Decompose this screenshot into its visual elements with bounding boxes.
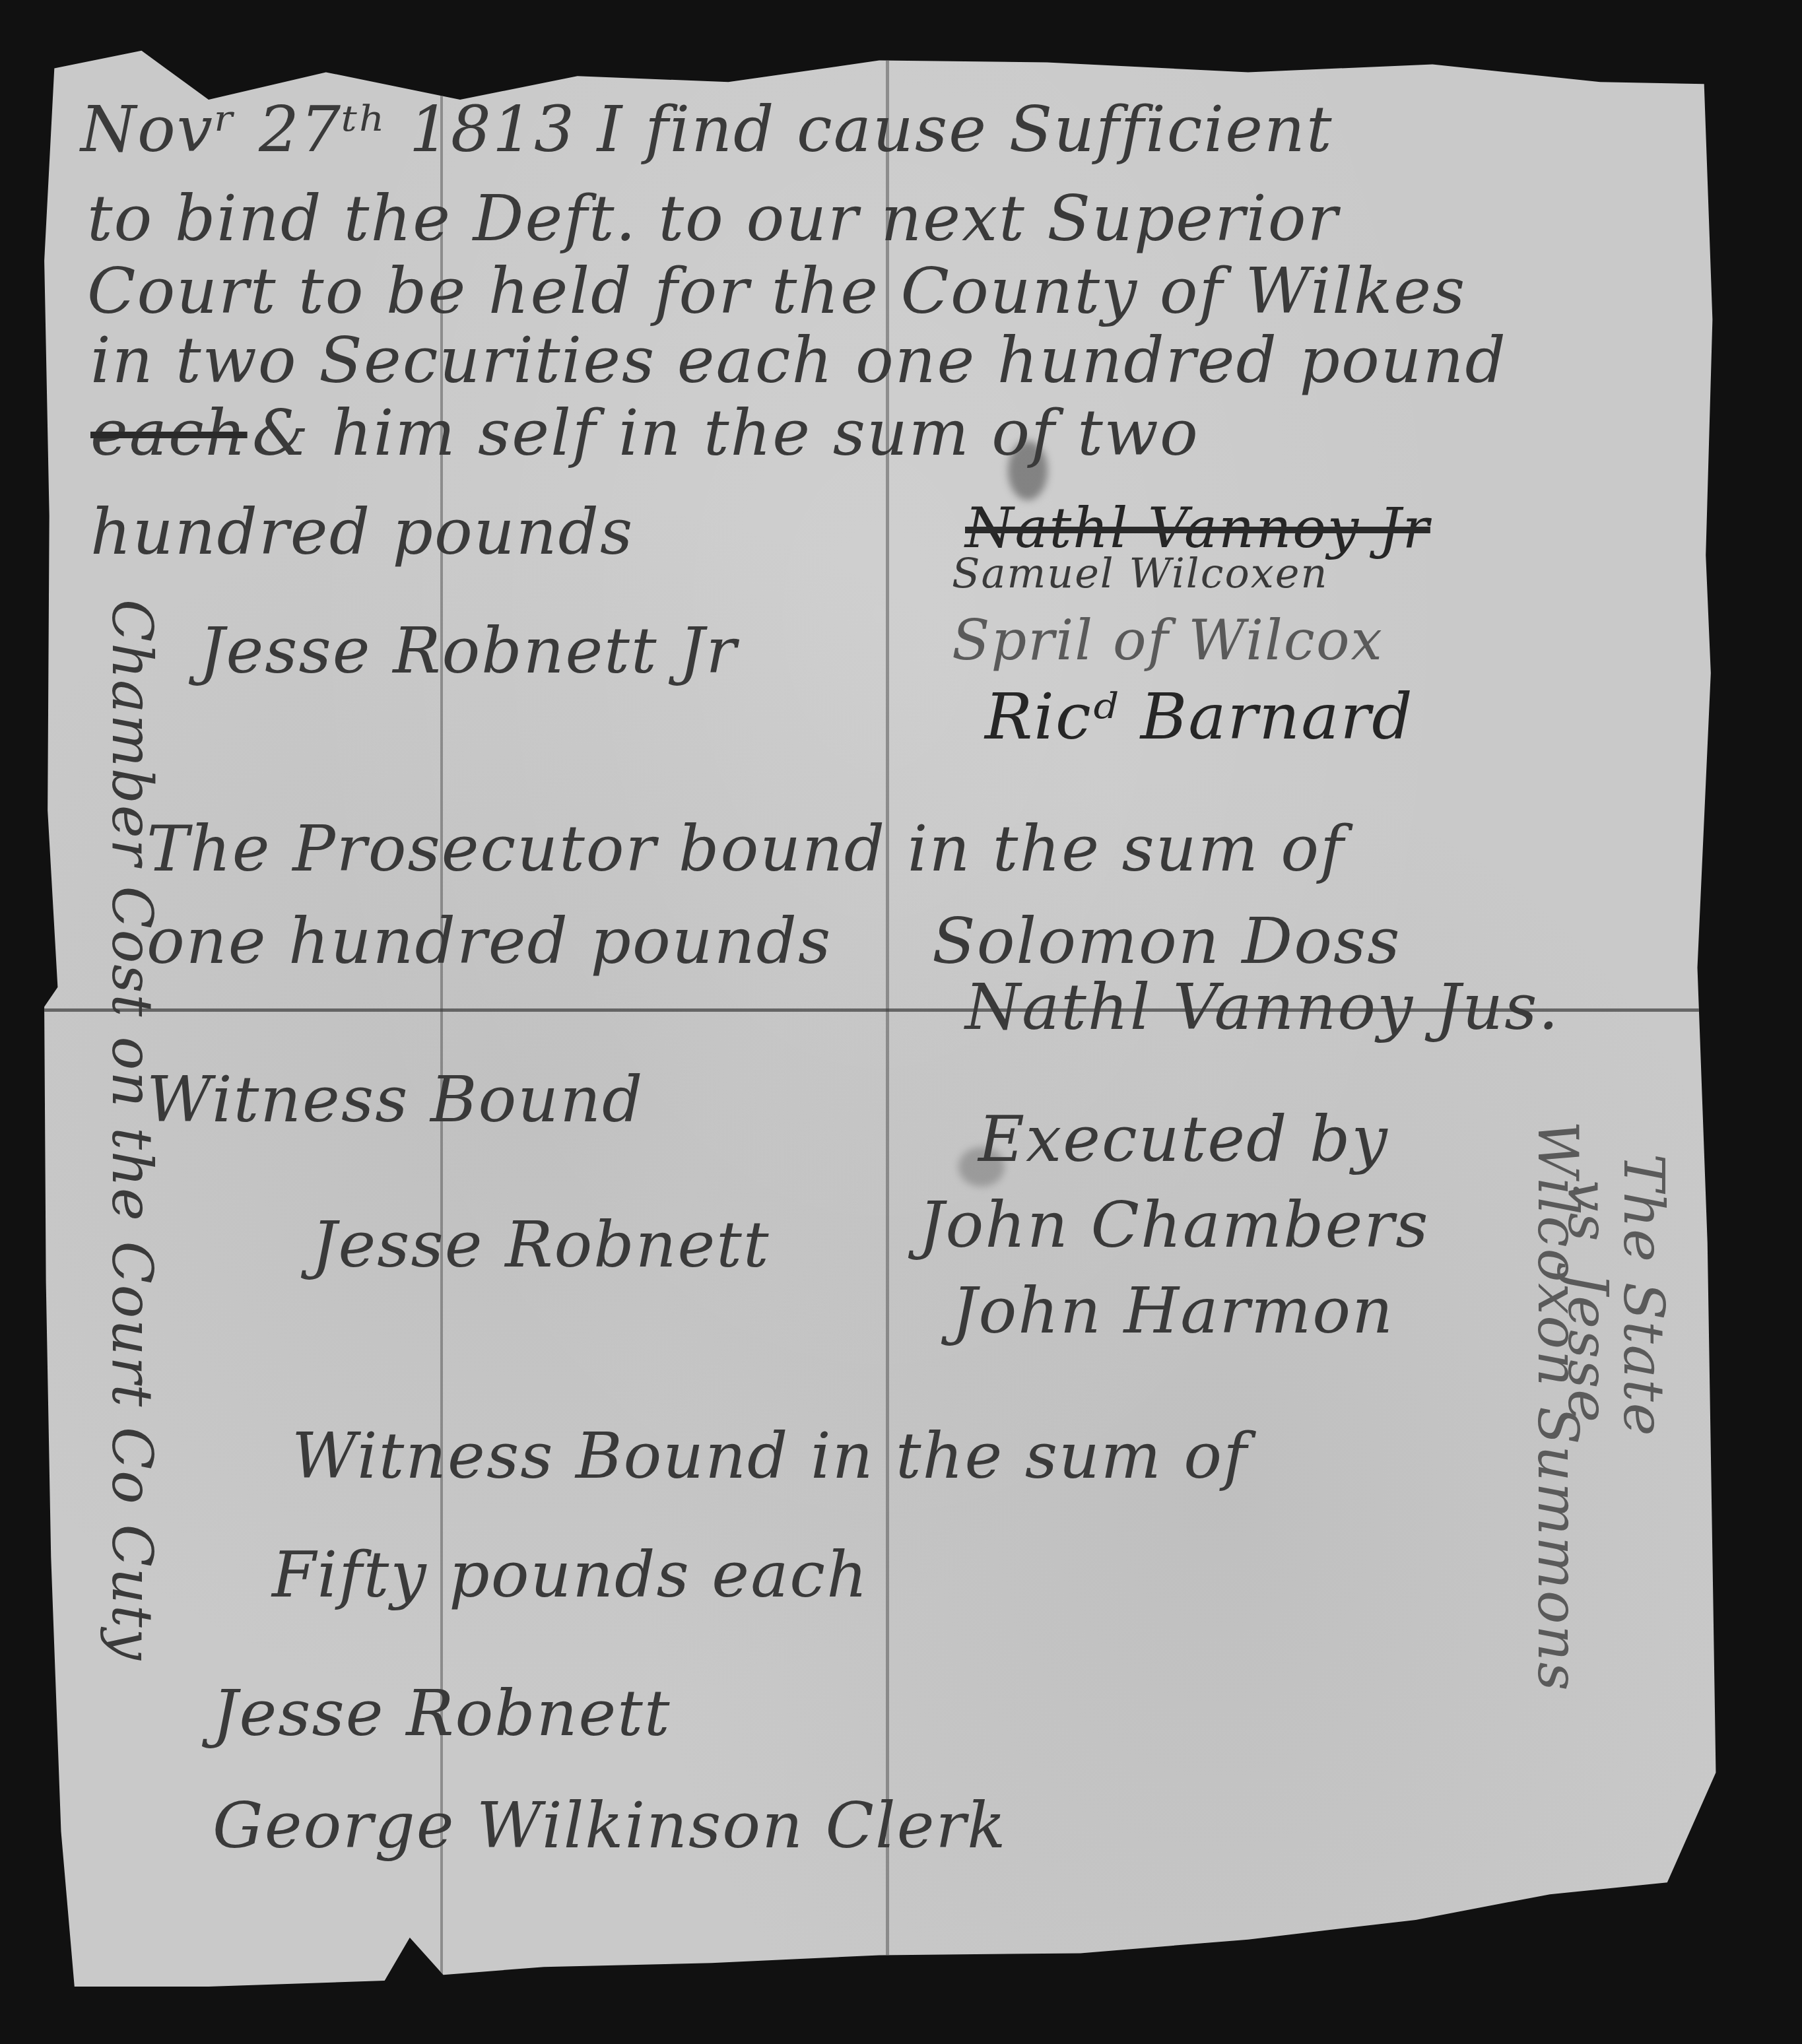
struck-word: each [90, 396, 248, 470]
order-line-4: in two Securities each one hundred pound [90, 329, 1507, 392]
surety-signature-3: Ricᵈ Barnard [985, 685, 1414, 748]
order-line-1: Novʳ 27ᵗʰ 1813 I find cause Sufficient [81, 98, 1333, 161]
witness-bond-line-1: Witness Bound in the sum of [292, 1424, 1248, 1488]
left-margin-text: Chamber Cost on the Court Co Cuty [104, 599, 160, 1661]
witness-name: Jesse Robnett [312, 1213, 770, 1276]
order-line-2: to bind the Deft. to our next Superior [87, 187, 1339, 250]
order-line-3: Court to be held for the County of Wilke… [87, 259, 1466, 323]
docket-state: The State [1616, 1154, 1671, 1437]
defendant-signature: Jesse Robnett Jr [199, 619, 737, 682]
order-line-6: hundred pounds [90, 500, 634, 564]
manuscript-page: Novʳ 27ᵗʰ 1813 I find cause Sufficient t… [41, 25, 1718, 1989]
right-margin-docket-2: Wilcoxon Summons [1530, 1121, 1585, 1692]
order-line-5-struck: each [90, 401, 248, 465]
surety-signature-2: Spril of Wilcox [952, 612, 1384, 668]
clerk-signature: George Wilkinson Clerk [213, 1794, 1007, 1857]
justice-signature: Nathl Vannoy Jus. [965, 975, 1560, 1039]
witness-signature: Jesse Robnett [213, 1682, 671, 1745]
witness-bond-line-2: Fifty pounds each [272, 1543, 869, 1606]
witness-heading: Witness Bound [147, 1068, 644, 1131]
executor-signature-2: John Harmon [952, 1279, 1394, 1342]
executed-label: Executed by [978, 1107, 1389, 1171]
surety-signature-1: Samuel Wilcoxen [952, 553, 1328, 594]
left-margin-note: Chamber Cost on the Court Co Cuty [104, 599, 160, 1661]
struck-signature: Nathl Vannoy Jr [965, 500, 1430, 556]
order-line-5: & him self in the sum of two [252, 401, 1199, 465]
executor-signature-1: John Chambers [919, 1193, 1429, 1257]
docket-summons: Wilcoxon Summons [1530, 1121, 1585, 1692]
prosecutor-line-2: one hundred pounds [147, 909, 832, 973]
prosecutor-signature: Solomon Doss [932, 909, 1401, 973]
prosecutor-line-1: The Prosecutor bound in the sum of [147, 817, 1345, 880]
